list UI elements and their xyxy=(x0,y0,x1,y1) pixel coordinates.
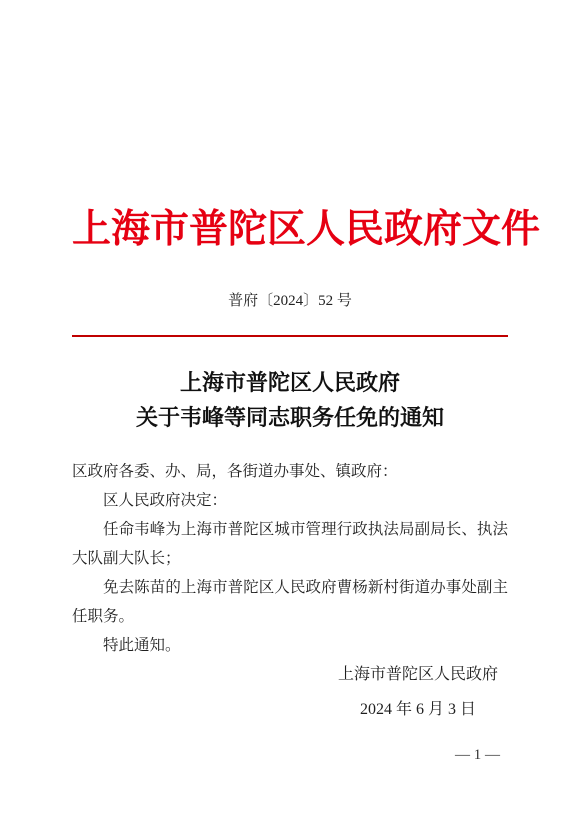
document-number: 普府〔2024〕52 号 xyxy=(72,291,508,311)
document-title-line1: 上海市普陀区人民政府 xyxy=(72,365,508,400)
dismissal-paragraph: 免去陈苗的上海市普陀区人民政府曹杨新村街道办事处副主任职务。 xyxy=(72,573,508,631)
page-number: — 1 — xyxy=(72,746,508,764)
issue-date: 2024 年 6 月 3 日 xyxy=(338,695,498,724)
signature-block: 上海市普陀区人民政府 2024 年 6 月 3 日 xyxy=(72,660,508,724)
document-title: 上海市普陀区人民政府 关于韦峰等同志职务任免的通知 xyxy=(72,365,508,435)
decision-line: 区人民政府决定： xyxy=(72,486,508,515)
signature-inner: 上海市普陀区人民政府 2024 年 6 月 3 日 xyxy=(338,660,498,724)
red-separator-line xyxy=(72,335,508,337)
appointment-paragraph: 任命韦峰为上海市普陀区城市管理行政执法局副局长、执法大队副大队长； xyxy=(72,515,508,573)
closing-line: 特此通知。 xyxy=(72,631,508,660)
document-page: 上海市普陀区人民政府文件 普府〔2024〕52 号 上海市普陀区人民政府 关于韦… xyxy=(0,0,583,832)
salutation-line: 区政府各委、办、局，各街道办事处、镇政府： xyxy=(72,457,508,486)
document-title-line2: 关于韦峰等同志职务任免的通知 xyxy=(72,400,508,435)
document-body: 区政府各委、办、局，各街道办事处、镇政府： 区人民政府决定： 任命韦峰为上海市普… xyxy=(72,457,508,660)
issuing-authority: 上海市普陀区人民政府 xyxy=(338,660,498,689)
letterhead-title: 上海市普陀区人民政府文件 xyxy=(72,207,508,253)
